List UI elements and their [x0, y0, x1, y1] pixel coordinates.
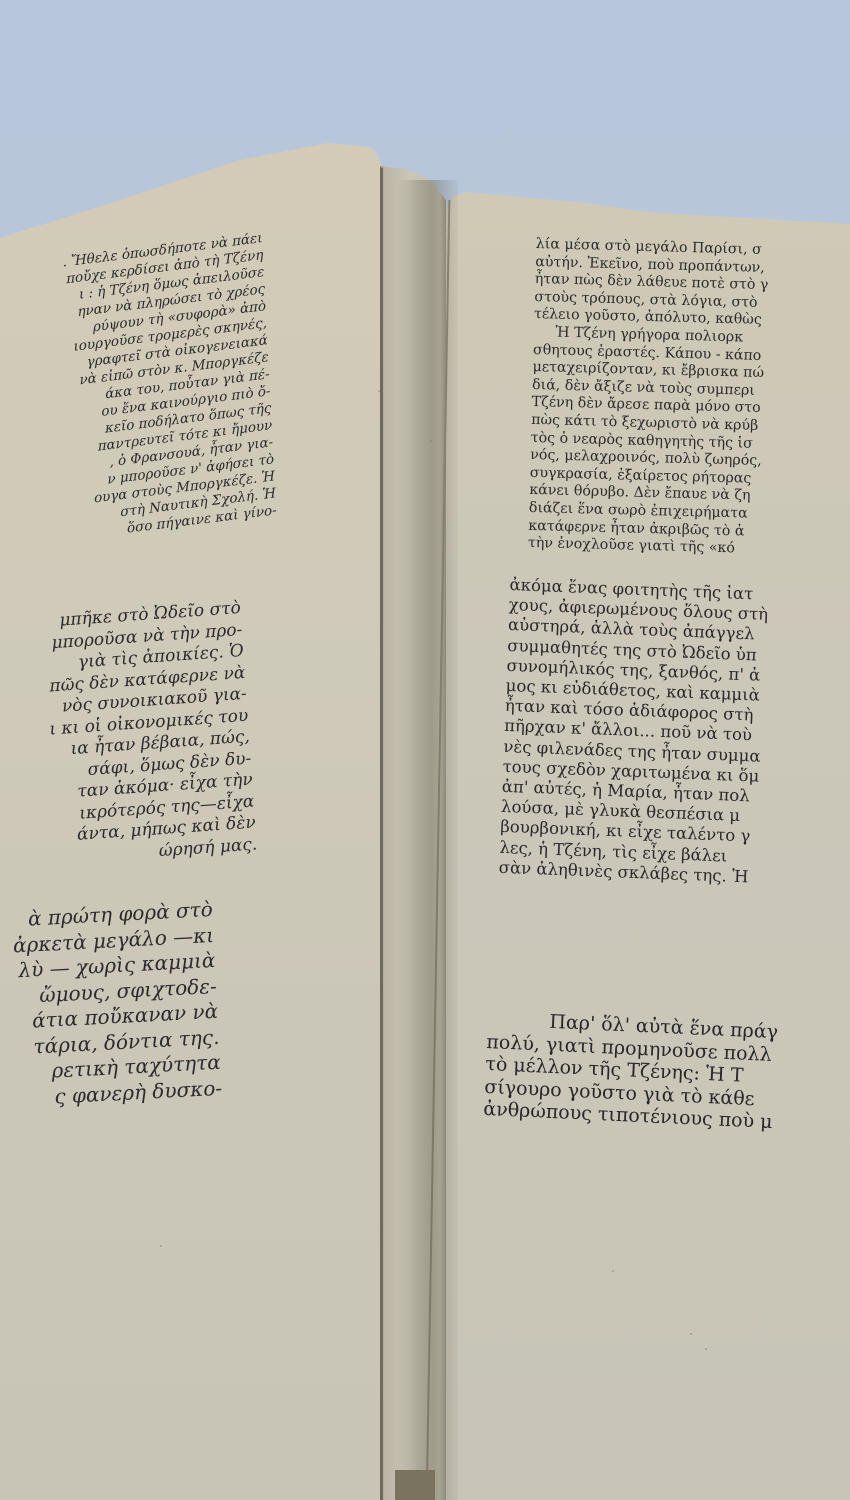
right-paragraph-1: λία μέσα στὸ μεγάλο Παρίσι, σ αὐτήν. Ἐκε… [528, 236, 850, 561]
right-paragraph-2: ἀκόμα ἕνας φοιτητὴς τῆς ἰατ χους, ἀφιερω… [498, 575, 850, 892]
left-paragraph-2: μπῆκε στὸ Ὠδεῖο στὸ μποροῦσα νὰ τὴν προ-… [0, 598, 258, 873]
left-paragraph-1: . Ἤθελε ὁπωσδήποτε νὰ πάει ποὔχε κερδίσε… [0, 230, 277, 552]
paper-speck [612, 1270, 614, 1272]
spine-bottom-shadow [395, 1470, 435, 1500]
left-paragraph-3: ὰ πρώτη φορὰ στὸ ἀρκετὰ μεγάλο —κι λὺ — … [0, 897, 223, 1113]
paper-tear [430, 440, 432, 442]
paper-tear [378, 390, 380, 392]
page-fold-line [380, 168, 383, 1500]
paper-speck [705, 1348, 707, 1350]
right-paragraph-3: Παρ' ὅλ' αὐτὰ ἕνα πράγ πολύ, γιατὶ προμη… [483, 1008, 850, 1138]
paper-speck [690, 1333, 692, 1335]
page-edge-stack [380, 0, 446, 1500]
paper-speck [160, 1245, 162, 1247]
book-photo: . Ἤθελε ὁπωσδήποτε νὰ πάει ποὔχε κερδίσε… [0, 0, 850, 1500]
